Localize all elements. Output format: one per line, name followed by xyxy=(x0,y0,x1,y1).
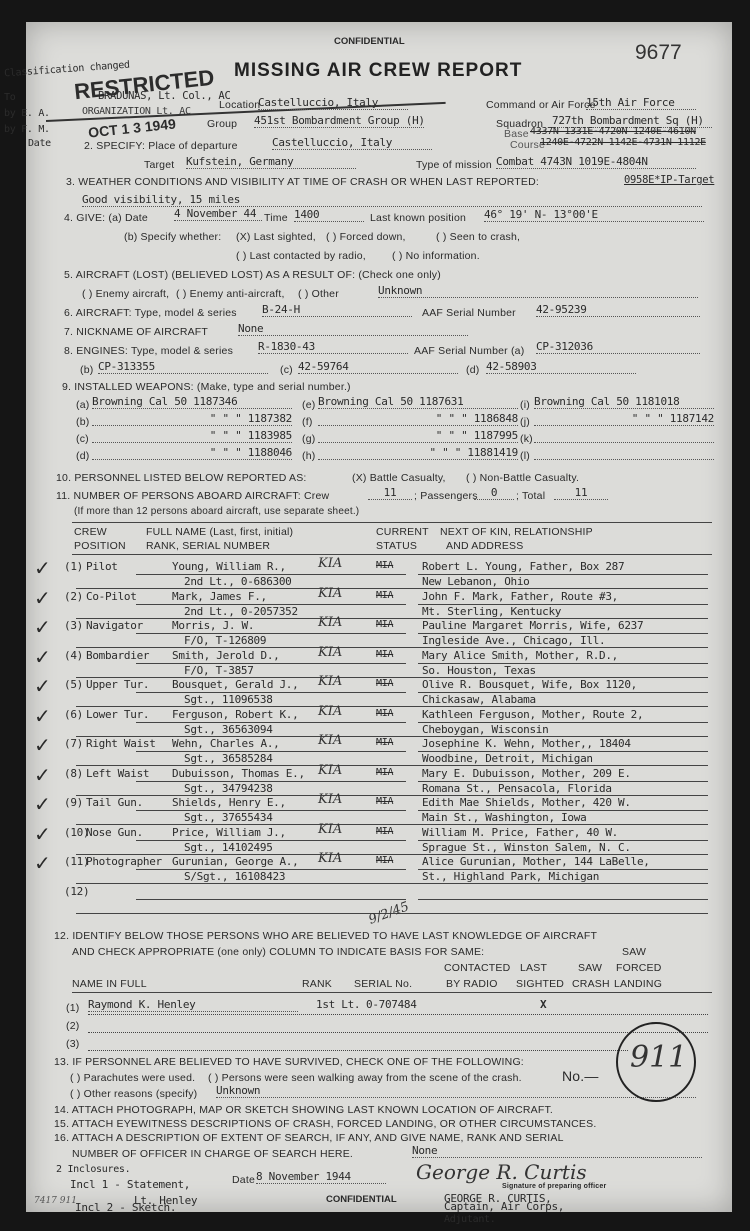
opt-other: ( ) Other xyxy=(298,288,339,300)
crew-rank-serial: Sgt., 36563094 xyxy=(184,723,273,736)
item4-label: 4. GIVE: (a) Date xyxy=(64,212,148,224)
checkmark-icon: ✓ xyxy=(34,822,51,846)
crew-rank-serial: Sgt., 11096538 xyxy=(184,693,273,706)
engine-d-value: 42-58903 xyxy=(486,360,636,374)
crew-kin-line2: Romana St., Pensacola, Florida xyxy=(422,782,612,795)
crew-name: Smith, Jerold D., xyxy=(172,649,279,662)
passengers-label: ; Passengers xyxy=(414,490,478,502)
classification-bottom: CONFIDENTIAL xyxy=(326,1194,397,1205)
opt-last-sighted: (X) Last sighted, xyxy=(236,231,316,243)
crew-status-handwritten: KIA xyxy=(318,674,342,689)
checkmark-icon: ✓ xyxy=(34,615,51,639)
divider xyxy=(88,1050,628,1051)
weapon-value: " " " 1183985 xyxy=(92,429,292,443)
col-forced-header: FORCED xyxy=(616,962,662,974)
crew-row-num: (12) xyxy=(64,885,89,898)
base-value: 4337N 1331E-4720N 1240E-4610N xyxy=(530,126,696,137)
weapon-value: Browning Cal 50 1187631 xyxy=(318,395,518,409)
crew-rank-serial: 2nd Lt., 0-686300 xyxy=(184,575,291,588)
divider xyxy=(88,1032,708,1033)
crew-rank-serial: S/Sgt., 16108423 xyxy=(184,870,285,883)
crew-row-num: (7) xyxy=(64,737,83,750)
col-rank-header: RANK xyxy=(302,978,332,990)
crew-kin-line2: Ingleside Ave., Chicago, Ill. xyxy=(422,634,605,647)
divider xyxy=(136,663,406,664)
item11-label: 11. NUMBER OF PERSONS ABOARD AIRCRAFT: C… xyxy=(56,490,329,502)
crew-kin-line1: Mary Alice Smith, Mother, R.D., xyxy=(422,649,618,662)
opt-no-info: ( ) No information. xyxy=(392,250,480,262)
crew-row-num: (1) xyxy=(64,560,83,573)
crew-position: Upper Tur. xyxy=(86,678,149,691)
crew-status-handwritten: KIA xyxy=(318,822,342,837)
checkmark-icon: ✓ xyxy=(34,586,51,610)
col-name-in-full-header: NAME IN FULL xyxy=(72,978,147,990)
engine-type-value: R-1830-43 xyxy=(258,340,408,354)
crew-status-handwritten: KIA xyxy=(318,586,342,601)
divider xyxy=(72,522,712,523)
crew-kin-line1: John F. Mark, Father, Route #3, xyxy=(422,590,618,603)
item12-line2: AND CHECK APPROPRIATE (one only) COLUMN … xyxy=(72,946,484,958)
col-address-header: AND ADDRESS xyxy=(446,540,523,552)
date-label: Date xyxy=(232,1174,255,1186)
divider xyxy=(136,633,406,634)
command-value: 15th Air Force xyxy=(586,96,696,110)
witness-last-sighted-mark: X xyxy=(540,998,546,1011)
report-date: 8 November 1944 xyxy=(256,1170,386,1184)
location-label: Location xyxy=(219,99,260,111)
crew-status-handwritten: KIA xyxy=(318,851,342,866)
item16-line1: 16. ATTACH A DESCRIPTION OF EXTENT OF SE… xyxy=(54,1132,564,1144)
item3-label: 3. WEATHER CONDITIONS AND VISIBILITY AT … xyxy=(66,176,539,188)
crew-kin-line2: Woodbine, Detroit, Michigan xyxy=(422,752,593,765)
item16-line2: NUMBER OF OFFICER IN CHARGE OF SEARCH HE… xyxy=(72,1148,353,1160)
weapon-value xyxy=(534,446,714,460)
target-value: Kufstein, Germany xyxy=(186,155,356,169)
weapon-value: " " " 1186848 xyxy=(318,412,518,426)
col-status-header: STATUS xyxy=(376,540,417,552)
number-label: No.— xyxy=(562,1068,599,1084)
opt-non-battle-casualty: ( ) Non-Battle Casualty. xyxy=(466,472,579,484)
crew-name: Young, William R., xyxy=(172,560,286,573)
aircraft-serial-value: 42-95239 xyxy=(536,303,700,317)
crew-status-typed: MIA xyxy=(376,796,393,807)
crew-status-typed: MIA xyxy=(376,737,393,748)
col-last-header: LAST xyxy=(520,962,547,974)
col-by-radio-header: BY RADIO xyxy=(446,978,498,990)
crew-status-typed: MIA xyxy=(376,619,393,630)
divider xyxy=(418,899,708,900)
col-contacted-header: CONTACTED xyxy=(444,962,510,974)
opt-other-reasons: ( ) Other reasons (specify) xyxy=(70,1088,197,1100)
stamp-by-ea: by E. A. xyxy=(4,108,50,119)
item10-label: 10. PERSONNEL LISTED BELOW REPORTED AS: xyxy=(56,472,307,484)
signature-caption: Signature of preparing officer xyxy=(502,1183,606,1190)
crew-status-typed: MIA xyxy=(376,708,393,719)
crew-kin-line2: Sprague St., Winston Salem, N. C. xyxy=(422,841,631,854)
crew-position: Right Waist xyxy=(86,737,156,750)
weapon-slot: (j) xyxy=(520,416,530,428)
item3-extra: 0958E*IP-Target xyxy=(624,174,714,186)
crew-row-num: (8) xyxy=(64,767,83,780)
crew-kin-line1: Robert L. Young, Father, Box 287 xyxy=(422,560,624,573)
course-value: 1240E-4722N 1142E-4731N 1112E xyxy=(540,137,706,148)
witness-row-num: (3) xyxy=(66,1038,79,1050)
col-saw-forced-top: SAW xyxy=(622,946,646,958)
crew-rank-serial: Sgt., 34794238 xyxy=(184,782,273,795)
crew-rank-serial: 2nd Lt., 0-2057352 xyxy=(184,605,298,618)
item4b-label: (b) Specify whether: xyxy=(124,231,221,243)
col-crew-header: CREW xyxy=(74,526,107,538)
crew-row-num: (4) xyxy=(64,649,83,662)
weapon-slot: (b) xyxy=(76,416,89,428)
crew-position: Photographer xyxy=(86,855,162,868)
col-crash-header: CRASH xyxy=(572,978,610,990)
weather-value: Good visibility, 15 miles xyxy=(82,193,702,207)
crew-kin-line2: Chickasaw, Alabama xyxy=(422,693,536,706)
corner-note: 7417 911 xyxy=(34,1196,77,1206)
location-value: Castelluccio, Italy xyxy=(258,96,408,110)
divider xyxy=(72,992,712,993)
stamp-to: To xyxy=(4,92,15,103)
weapon-value: " " " 1187995 xyxy=(318,429,518,443)
weapon-slot: (i) xyxy=(520,399,530,411)
time-label: Time xyxy=(264,212,288,224)
col-landing-header: LANDING xyxy=(614,978,662,990)
circled-number: 911 xyxy=(630,1040,687,1075)
crew-name: Mark, James F., xyxy=(172,590,267,603)
crew-kin-line2: Main St., Washington, Iowa xyxy=(422,811,586,824)
crew-status-handwritten: KIA xyxy=(318,645,342,660)
crew-status-typed: MIA xyxy=(376,678,393,689)
engine-b-value: CP-313355 xyxy=(98,360,268,374)
total-count: 11 xyxy=(554,486,608,500)
weapon-value xyxy=(534,429,714,443)
crew-row-num: (3) xyxy=(64,619,83,632)
crew-rank-serial: F/O, T-3857 xyxy=(184,664,254,677)
crew-name: Gurunian, George A., xyxy=(172,855,298,868)
crew-status-handwritten: KIA xyxy=(318,704,342,719)
weapon-slot: (f) xyxy=(302,416,313,428)
witness-name: Raymond K. Henley xyxy=(88,998,298,1012)
crew-kin-line1: William M. Price, Father, 40 W. xyxy=(422,826,618,839)
crew-status-typed: MIA xyxy=(376,855,393,866)
opt-parachutes: ( ) Parachutes were used. xyxy=(70,1072,195,1084)
passengers-count: 0 xyxy=(474,486,514,500)
crew-name: Dubuisson, Thomas E., xyxy=(172,767,305,780)
report-page: CONFIDENTIAL 9677 MISSING AIR CREW REPOR… xyxy=(26,22,732,1212)
search-officer-value: None xyxy=(412,1144,702,1158)
crew-status-handwritten: KIA xyxy=(318,615,342,630)
col-position-header: POSITION xyxy=(74,540,126,552)
nickname-value: None xyxy=(238,322,468,336)
checkmark-icon: ✓ xyxy=(34,704,51,728)
incl1-line1: Incl 1 - Statement, xyxy=(70,1178,190,1191)
item2-label: 2. SPECIFY: Place of departure xyxy=(84,140,238,152)
crew-kin-line2: St., Highland Park, Michigan xyxy=(422,870,599,883)
crew-rank-serial: Sgt., 14102495 xyxy=(184,841,273,854)
weapon-value: " " " 1187142 xyxy=(534,412,714,426)
opt-seen-crash: ( ) Seen to crash, xyxy=(436,231,520,243)
crew-position: Nose Gun. xyxy=(86,826,143,839)
engine-a-value: CP-312036 xyxy=(536,340,700,354)
crew-rank-serial: Sgt., 37655434 xyxy=(184,811,273,824)
crew-position: Pilot xyxy=(86,560,118,573)
aircraft-serial-label: AAF Serial Number xyxy=(422,307,516,319)
crew-name: Morris, J. W. xyxy=(172,619,254,632)
checkmark-icon: ✓ xyxy=(34,674,51,698)
crew-kin-line2: Cheboygan, Wisconsin xyxy=(422,723,548,736)
crew-rank-serial: Sgt., 36585284 xyxy=(184,752,273,765)
margin-note: 9/2/45 xyxy=(367,899,411,927)
weapon-slot: (e) xyxy=(302,399,315,411)
crew-position: Tail Gun. xyxy=(86,796,143,809)
crew-name: Price, William J., xyxy=(172,826,286,839)
witness-row-num: (1) xyxy=(66,1002,79,1014)
stamp-by-fm: by F. M. xyxy=(4,124,50,135)
stamp-authority: BRADUNAS, Lt. Col., AC xyxy=(98,90,230,102)
col-sighted-header: SIGHTED xyxy=(516,978,564,990)
col-kin-header: NEXT OF KIN, RELATIONSHIP xyxy=(440,526,593,538)
stamp-date-label: Date xyxy=(28,138,51,149)
divider xyxy=(72,554,712,555)
other-cause-value: Unknown xyxy=(378,284,698,298)
opt-enemy-aircraft: ( ) Enemy aircraft, xyxy=(82,288,169,300)
crew-kin-line1: Mary E. Dubuisson, Mother, 209 E. xyxy=(422,767,631,780)
weapon-value: Browning Cal 50 1187346 xyxy=(92,395,292,409)
weapon-value: " " " 11881419 xyxy=(318,446,518,460)
crew-position: Navigator xyxy=(86,619,143,632)
opt-last-radio: ( ) Last contacted by radio, xyxy=(236,250,366,262)
item14-label: 14. ATTACH PHOTOGRAPH, MAP OR SKETCH SHO… xyxy=(54,1104,553,1116)
crew-status-typed: MIA xyxy=(376,590,393,601)
item11-note: (If more than 12 persons aboard aircraft… xyxy=(74,506,359,517)
officer-title: Adjutant. xyxy=(444,1214,496,1225)
crew-name: Bousquet, Gerald J., xyxy=(172,678,298,691)
engine-c-value: 42-59764 xyxy=(298,360,458,374)
position-value: 46° 19' N- 13°00'E xyxy=(484,208,704,222)
item8-label: 8. ENGINES: Type, model & series xyxy=(64,345,233,357)
crew-status-handwritten: KIA xyxy=(318,556,342,571)
crew-status-handwritten: KIA xyxy=(318,792,342,807)
checkmark-icon: ✓ xyxy=(34,792,51,816)
mission-label: Type of mission xyxy=(416,159,492,171)
weapon-value: " " " 1187382 xyxy=(92,412,292,426)
report-number: 9677 xyxy=(635,41,682,65)
crew-kin-line1: Pauline Margaret Morris, Wife, 6237 xyxy=(422,619,643,632)
crew-status-typed: MIA xyxy=(376,649,393,660)
command-label: Command or Air Force xyxy=(486,99,596,111)
crew-kin-line1: Josephine K. Wehn, Mother,, 18404 xyxy=(422,737,631,750)
crew-count: 11 xyxy=(368,486,412,500)
col-name-header: FULL NAME (Last, first, initial) xyxy=(146,526,293,538)
total-label: ; Total xyxy=(516,490,545,502)
crew-kin-line2: So. Houston, Texas xyxy=(422,664,536,677)
checkmark-icon: ✓ xyxy=(34,851,51,875)
crew-row-num: (5) xyxy=(64,678,83,691)
opt-battle-casualty: (X) Battle Casualty, xyxy=(352,472,446,484)
crew-status-handwritten: KIA xyxy=(318,733,342,748)
date-value: 4 November 44 xyxy=(174,207,262,221)
engine-d-label: (d) xyxy=(466,364,479,376)
crew-position: Co-Pilot xyxy=(86,590,137,603)
mission-value: Combat 4743N 1019E-4804N xyxy=(496,155,696,169)
engine-b-label: (b) xyxy=(80,364,93,376)
crew-kin-line2: Mt. Sterling, Kentucky xyxy=(422,605,561,618)
col-current-header: CURRENT xyxy=(376,526,429,538)
classification-top: CONFIDENTIAL xyxy=(334,36,405,47)
incl2-line: Incl 2 - Sketch. xyxy=(75,1201,176,1214)
opt-walking-away: ( ) Persons were seen walking away from … xyxy=(208,1072,522,1084)
crew-status-typed: MIA xyxy=(376,767,393,778)
group-value: 451st Bombardment Group (H) xyxy=(254,114,424,128)
checkmark-icon: ✓ xyxy=(34,733,51,757)
engine-c-label: (c) xyxy=(280,364,293,376)
weapon-value: Browning Cal 50 1181018 xyxy=(534,395,714,409)
crew-rank-serial: F/O, T-126809 xyxy=(184,634,266,647)
col-saw-header: SAW xyxy=(578,962,602,974)
checkmark-icon: ✓ xyxy=(34,763,51,787)
time-value: 1400 xyxy=(294,208,364,222)
crew-kin-line1: Olive R. Bousquet, Wife, Box 1120, xyxy=(422,678,637,691)
officer-rank: Captain, Air Corps, xyxy=(444,1200,564,1213)
weapon-slot: (k) xyxy=(520,433,533,445)
weapon-slot: (d) xyxy=(76,450,89,462)
group-label: Group xyxy=(207,118,237,130)
officer-signature: George R. Curtis xyxy=(416,1160,587,1184)
crew-name: Ferguson, Robert K., xyxy=(172,708,298,721)
item15-label: 15. ATTACH EYEWITNESS DESCRIPTIONS OF CR… xyxy=(54,1118,596,1130)
crew-position: Left Waist xyxy=(86,767,149,780)
opt-enemy-aa: ( ) Enemy anti-aircraft, xyxy=(176,288,285,300)
crew-row-num: (9) xyxy=(64,796,83,809)
witness-rank: 1st Lt. xyxy=(316,998,360,1011)
crew-kin-line1: Edith Mae Shields, Mother, 420 W. xyxy=(422,796,631,809)
col-rank-header: RANK, SERIAL NUMBER xyxy=(146,540,270,552)
inclosures-label: 2 Inclosures. xyxy=(56,1164,130,1175)
target-label: Target xyxy=(144,159,174,171)
divider xyxy=(136,899,406,900)
witness-row-num: (2) xyxy=(66,1020,79,1032)
weapon-value: " " " 1188046 xyxy=(92,446,292,460)
item9-label: 9. INSTALLED WEAPONS: (Make, type and se… xyxy=(62,381,351,393)
crew-position: Bombardier xyxy=(86,649,149,662)
opt-forced-down: ( ) Forced down, xyxy=(326,231,406,243)
item6-label: 6. AIRCRAFT: Type, model & series xyxy=(64,307,237,319)
weapon-slot: (g) xyxy=(302,433,315,445)
weapon-slot: (h) xyxy=(302,450,315,462)
stamp-date: OCT 1 3 1949 xyxy=(87,115,176,140)
item5-label: 5. AIRCRAFT (LOST) (BELIEVED LOST) AS A … xyxy=(64,269,441,281)
crew-status-handwritten: KIA xyxy=(318,763,342,778)
crew-status-typed: MIA xyxy=(376,826,393,837)
col-serial-header: SERIAL No. xyxy=(354,978,412,990)
item12-line1: 12. IDENTIFY BELOW THOSE PERSONS WHO ARE… xyxy=(54,930,597,942)
crew-position: Lower Tur. xyxy=(86,708,149,721)
crew-status-typed: MIA xyxy=(376,560,393,571)
crew-kin-line1: Alice Gurunian, Mother, 144 LaBelle, xyxy=(422,855,650,868)
crew-row-num: (2) xyxy=(64,590,83,603)
weapon-slot: (l) xyxy=(520,450,530,462)
witness-serial: 0-707484 xyxy=(366,998,417,1011)
crew-kin-line2: New Lebanon, Ohio xyxy=(422,575,529,588)
page-title: MISSING AIR CREW REPORT xyxy=(234,60,522,82)
divider xyxy=(88,1014,708,1015)
crew-row-num: (6) xyxy=(64,708,83,721)
crew-kin-line1: Kathleen Ferguson, Mother, Route 2, xyxy=(422,708,643,721)
divider xyxy=(76,883,708,884)
checkmark-icon: ✓ xyxy=(34,645,51,669)
weapon-slot: (c) xyxy=(76,433,89,445)
departure-value: Castelluccio, Italy xyxy=(272,136,432,150)
position-label: Last known position xyxy=(370,212,466,224)
item13-label: 13. IF PERSONNEL ARE BELIEVED TO HAVE SU… xyxy=(54,1056,524,1068)
checkmark-icon: ✓ xyxy=(34,556,51,580)
crew-name: Shields, Henry E., xyxy=(172,796,286,809)
engine-serial-label: AAF Serial Number (a) xyxy=(414,345,524,357)
aircraft-type-value: B-24-H xyxy=(262,303,412,317)
crew-name: Wehn, Charles A., xyxy=(172,737,279,750)
weapon-slot: (a) xyxy=(76,399,89,411)
item7-label: 7. NICKNAME OF AIRCRAFT xyxy=(64,326,208,338)
